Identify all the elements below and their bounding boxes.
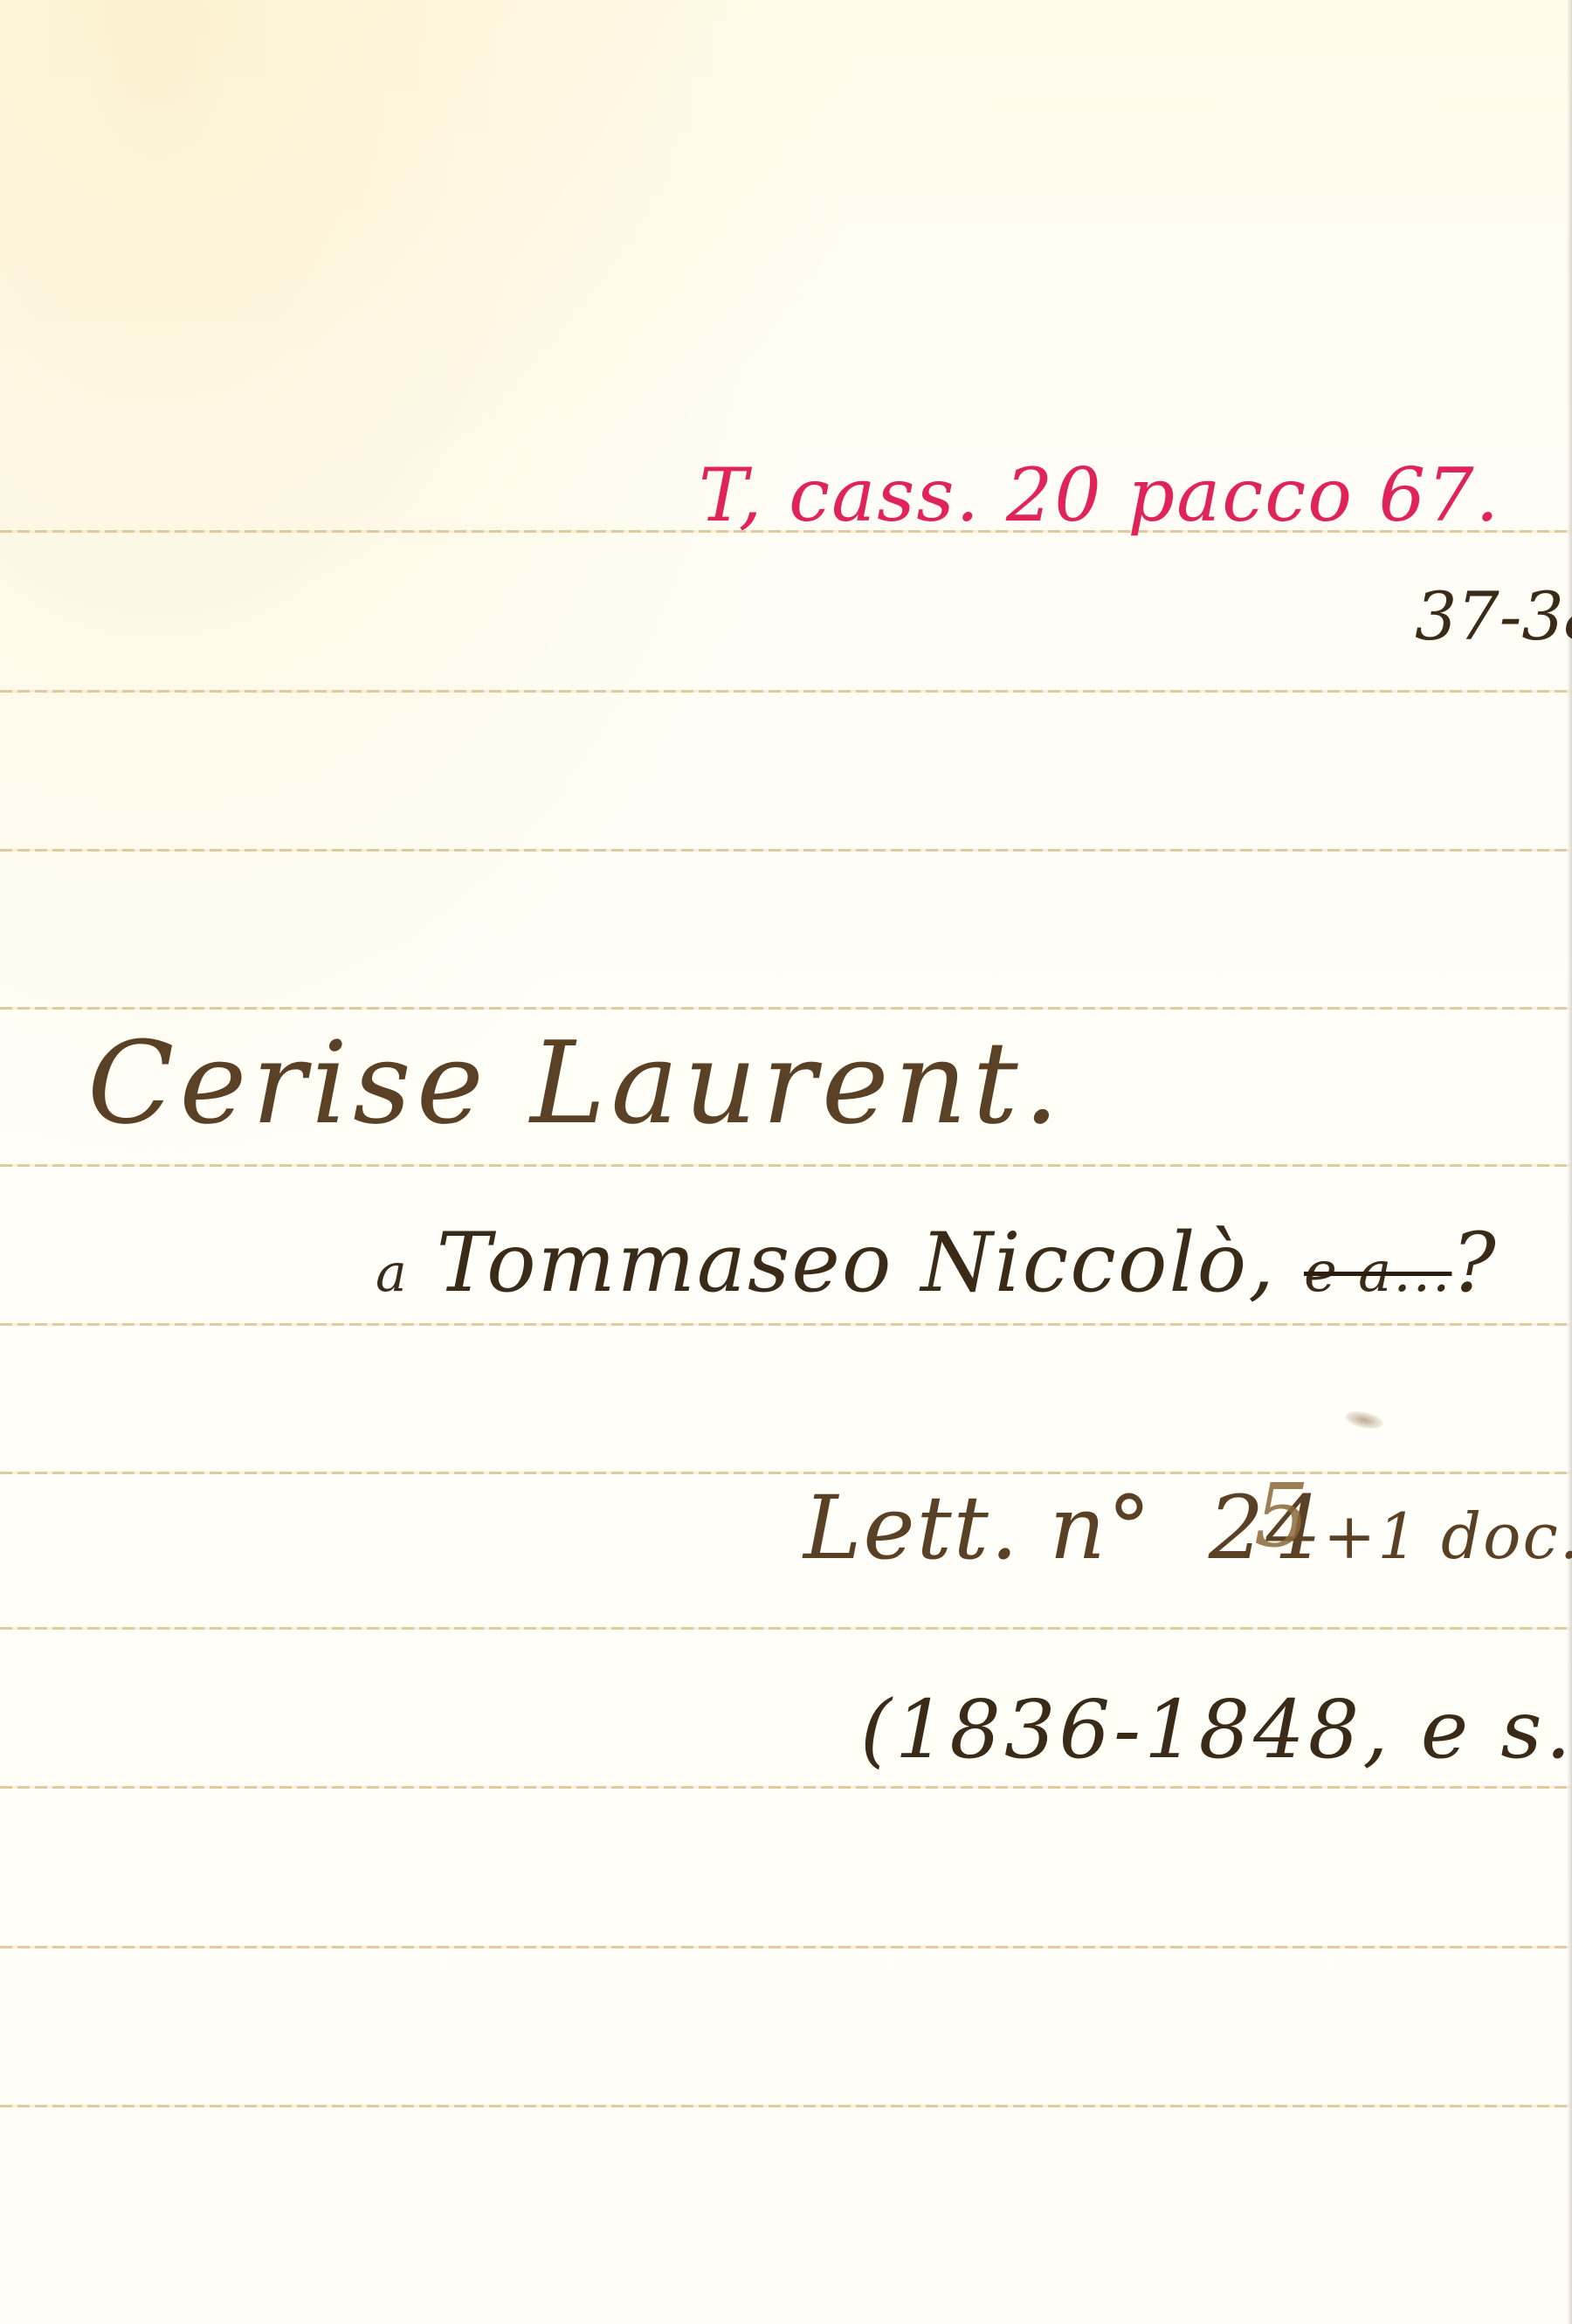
struck-text: e a... [1304,1240,1451,1305]
query-mark: ? [1451,1216,1497,1311]
ruled-line [0,1323,1572,1326]
ruled-line [0,1164,1572,1167]
ruled-line [0,1472,1572,1474]
ruled-line [0,2105,1572,2107]
ruled-line [0,1007,1572,1010]
ruled-line [0,690,1572,693]
recipient-prefix: a [376,1243,409,1304]
letters-count-overwrite: 5 [1254,1472,1312,1560]
card-edge-shadow [1567,0,1572,2324]
author-name: Cerise Laurent. [87,1026,1065,1140]
date-range: (1836-1848, e s.d.) [860,1690,1572,1770]
recipient-name: Tommaseo Niccolò, [437,1216,1276,1311]
letters-label: Lett. n° [803,1477,1153,1579]
ruled-line [0,849,1572,852]
paper-stain [1344,1409,1385,1432]
recipient-line: a Tommaseo Niccolò, e a...? [376,1223,1498,1305]
ruled-line [0,1946,1572,1948]
letters-extra: +1 doc. [1323,1500,1572,1573]
ruled-line [0,1627,1572,1630]
letters-count: 24 5 [1209,1485,1323,1572]
shelf-location: T, cass. 20 pacco 67. [699,459,1500,532]
letters-count-line: Lett. n° 24 5 +1 doc. [803,1485,1572,1572]
archival-index-card: T, cass. 20 pacco 67. 37-38. Cerise Laur… [0,0,1572,2324]
ruled-line [0,1786,1572,1789]
folio-numbers: 37-38. [1415,583,1572,650]
